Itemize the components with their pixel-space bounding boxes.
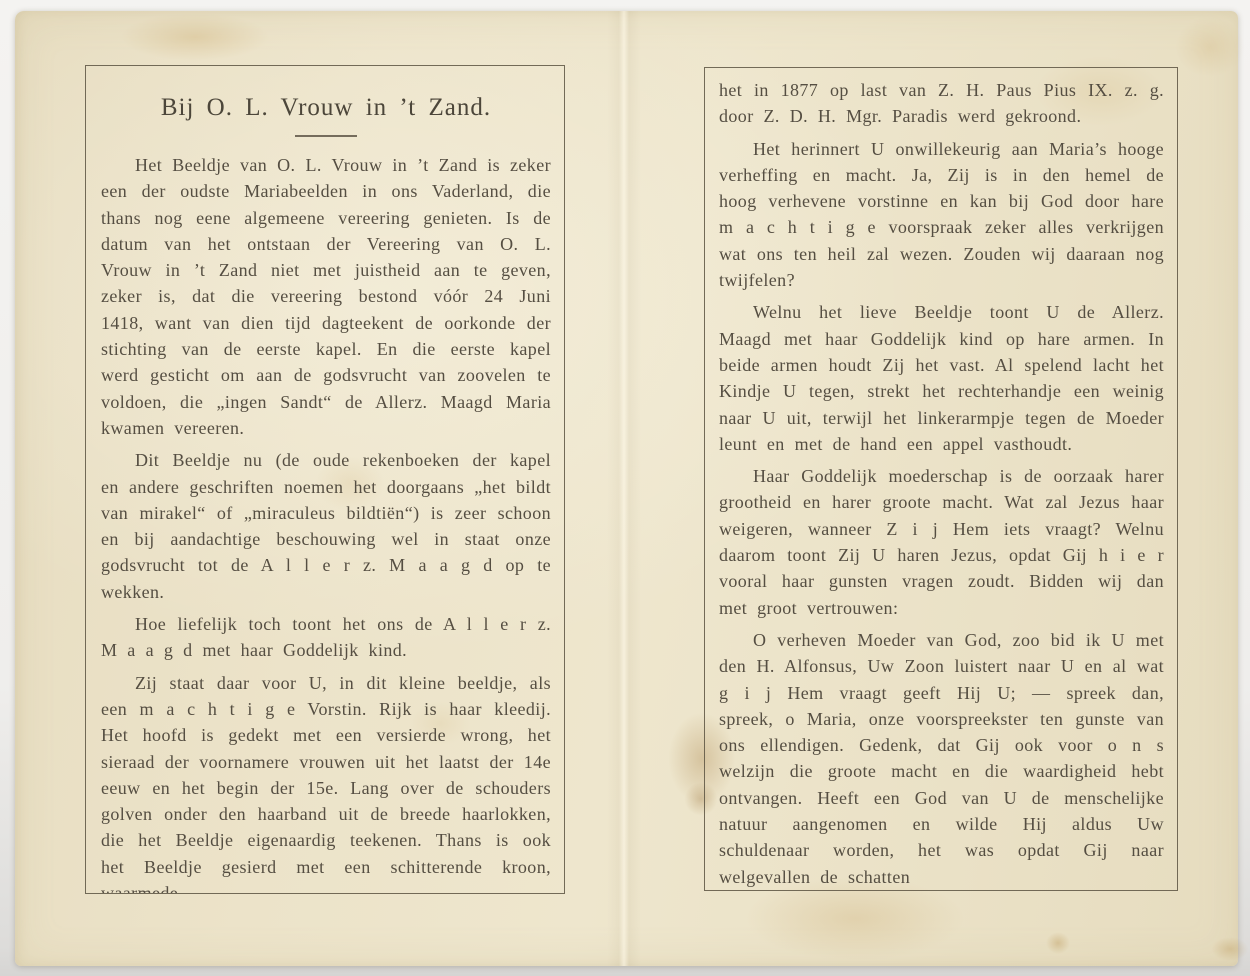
paper-stain [1175, 17, 1245, 77]
left-paragraph-3: Hoe liefelijk toch toont het ons de A l … [101, 611, 551, 664]
paper-stain [1045, 931, 1071, 955]
center-fold-crease [607, 11, 641, 966]
right-paragraph-3: Welnu het lieve Beeldje toont U de Aller… [719, 299, 1164, 457]
left-page: Bij O. L. Vrouw in ’t Zand. Het Beeldje … [85, 65, 565, 894]
paper-stain [120, 13, 270, 61]
left-paragraph-4: Zij staat daar voor U, in dit kleine bee… [101, 670, 551, 894]
left-paragraph-2: Dit Beeldje nu (de oude rekenboeken der … [101, 447, 551, 605]
left-paragraph-1: Het Beeldje van O. L. Vrouw in ’t Zand i… [101, 152, 551, 441]
scanner-background: Bij O. L. Vrouw in ’t Zand. Het Beeldje … [0, 0, 1250, 976]
prayer-card-scan: Bij O. L. Vrouw in ’t Zand. Het Beeldje … [15, 11, 1238, 966]
right-paragraph-1: het in 1877 op last van Z. H. Paus Pius … [719, 77, 1164, 130]
right-paragraph-4: Haar Goddelijk moederschap is de oorzaak… [719, 463, 1164, 621]
right-paragraph-5: O verheven Moeder van God, zoo bid ik U … [719, 627, 1164, 890]
right-paragraph-2: Het herinnert U onwillekeurig aan Maria’… [719, 136, 1164, 294]
title-divider-rule [295, 135, 357, 137]
right-page: het in 1877 op last van Z. H. Paus Pius … [704, 67, 1178, 891]
page-title: Bij O. L. Vrouw in ’t Zand. [101, 94, 551, 122]
paper-stain [1210, 936, 1250, 962]
